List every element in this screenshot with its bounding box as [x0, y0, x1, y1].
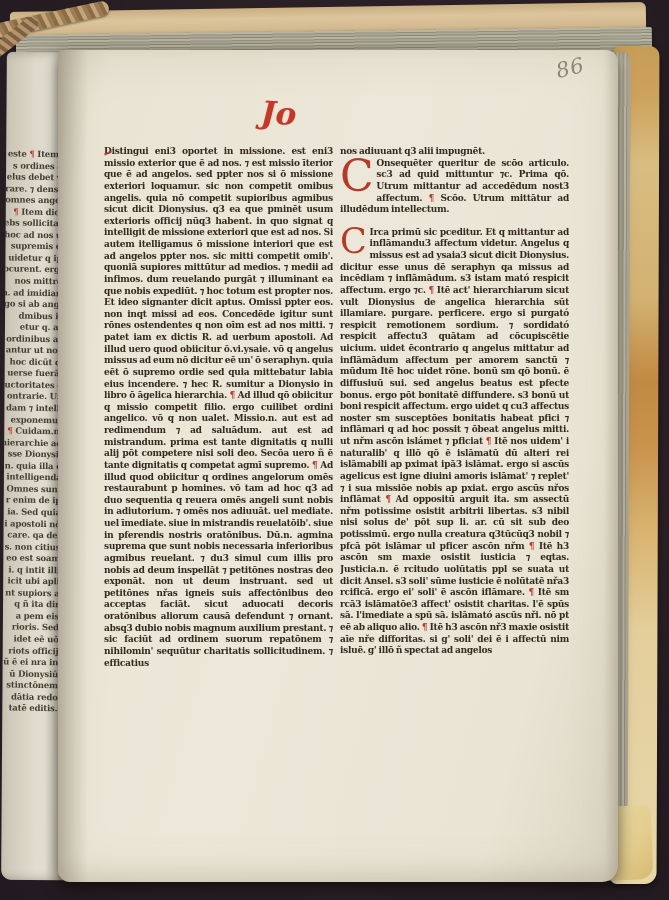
- pilcrow-mark: ¶: [529, 542, 534, 552]
- quire-signature: Jo: [260, 95, 297, 133]
- text-paragraph: Distingui eni3 oportet in missione. est …: [104, 147, 333, 670]
- folio-number: 86: [554, 53, 588, 83]
- pilcrow-mark: ¶: [529, 588, 534, 598]
- pilcrow-mark: ¶: [422, 623, 427, 633]
- pilcrow-mark: ¶: [312, 461, 317, 471]
- lombard-initial: C: [340, 229, 367, 255]
- pilcrow-mark: ¶: [29, 150, 34, 160]
- pilcrow-mark: ¶: [230, 391, 235, 401]
- pilcrow-mark: ¶: [429, 194, 434, 204]
- right-text-column: nos adiuuant q3 alii impugnēt.COnsequēte…: [340, 147, 569, 769]
- pilcrow-mark: ¶: [429, 286, 434, 296]
- column-intro-line: nos adiuuant q3 alii impugnēt.: [340, 147, 569, 159]
- pilcrow-mark: ¶: [385, 495, 390, 505]
- rubricated-capital: D: [104, 147, 112, 159]
- text-columns: Distingui eni3 oportet in missione. est …: [104, 147, 570, 769]
- pilcrow-mark: ¶: [486, 437, 491, 447]
- main-page: 86 Jo Distingui eni3 oportet in missione…: [58, 50, 618, 882]
- pilcrow-mark: ¶: [7, 426, 12, 436]
- lombard-initial: C: [340, 160, 373, 194]
- left-text-column: Distingui eni3 oportet in missione. est …: [104, 147, 333, 719]
- photo-of-book: este ¶ Item ōs ordines arelus debet vera…: [0, 0, 669, 900]
- text-paragraph: CIrca primū sic pceditur. Et q mittantur…: [340, 228, 569, 658]
- text-paragraph: COnsequēter queritur de scōo articulo. s…: [340, 159, 569, 217]
- pilcrow-mark: ¶: [13, 207, 18, 217]
